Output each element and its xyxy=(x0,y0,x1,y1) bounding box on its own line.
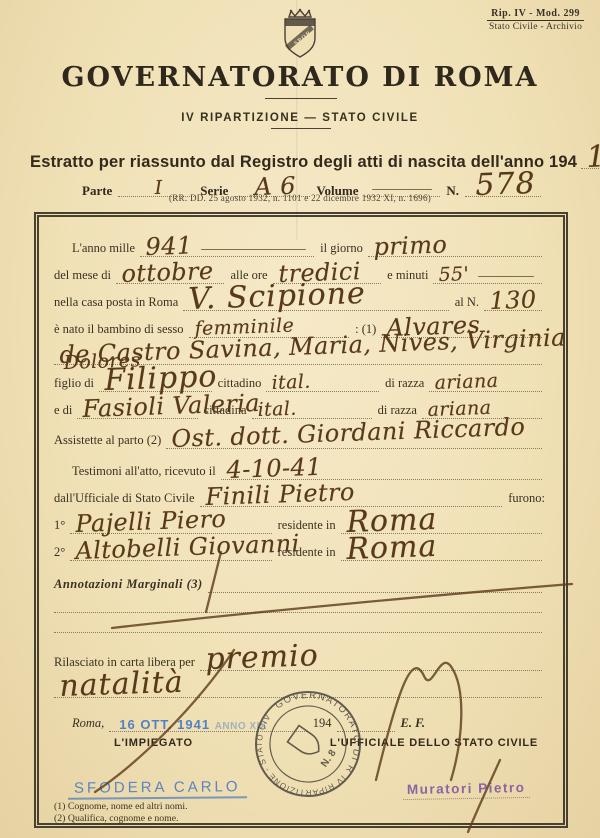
annotazioni-label: Annotazioni Marginali (3) xyxy=(54,577,206,594)
row-testimoni: Testimoni all'atto, ricevuto il 4-10-41 xyxy=(54,455,548,481)
giorno-label: il giorno xyxy=(320,241,366,258)
teste2-num: 2° xyxy=(54,545,68,562)
year-handwritten: 1 xyxy=(586,139,600,175)
archive-reference: Stato Civile - Archivio xyxy=(487,21,584,32)
mese-label: del mese di xyxy=(54,268,114,285)
subtitle-divider xyxy=(271,128,331,129)
civico-handwritten: 130 xyxy=(489,285,537,315)
anno-label: L'anno mille xyxy=(72,241,138,258)
giorno-handwritten: primo xyxy=(373,230,448,261)
row-casa: nella casa posta in Roma V. Scipione al … xyxy=(54,286,548,312)
footnote-3: (3) Limitatamente a quelle che non siano… xyxy=(54,824,548,828)
roma-label: Roma, xyxy=(72,716,107,733)
cittadina-field: ital. xyxy=(252,399,372,419)
birth-certificate-document: Rip. IV - Mod. 299 Stato Civile - Archiv… xyxy=(0,0,600,838)
pen-dash xyxy=(372,189,432,190)
residente1-field: Roma xyxy=(341,505,542,534)
annotazioni-empty-line-1 xyxy=(54,595,548,614)
row-anno: L'anno mille 941 il giorno primo xyxy=(54,232,548,258)
madre-label: e di xyxy=(54,403,75,420)
row-padre: Dolores figlio di Filippo cittadino ital… xyxy=(54,367,548,393)
date-stamp-blue: 16 OTT. 1941 ANNO XIX xyxy=(119,717,267,732)
annotazioni-field xyxy=(208,592,542,593)
stamp-center-number: N. 8 xyxy=(319,748,339,770)
department-subtitle: IV RIPARTIZIONE — STATO CIVILE xyxy=(0,112,600,124)
razza1-label: di razza xyxy=(385,376,427,393)
cittadino-handwritten: ital. xyxy=(272,371,312,394)
pen-dash xyxy=(478,276,534,277)
casa-handwritten: V. Scipione xyxy=(188,276,367,317)
pen-dash xyxy=(201,249,306,250)
ufficiale-label: dall'Ufficiale di Stato Civile xyxy=(54,491,198,508)
rilasciato-field: premio xyxy=(200,642,542,671)
anno-handwritten: 941 xyxy=(145,231,193,261)
ufficiale-field: Finili Pietro xyxy=(200,483,503,507)
testimoni-label: Testimoni all'atto, ricevuto il xyxy=(72,464,219,481)
madre-field: Fasioli Valeria xyxy=(77,395,197,419)
ef-label: E. F. xyxy=(401,716,428,733)
teste1-num: 1° xyxy=(54,518,68,535)
razza1-field: ariana xyxy=(429,372,542,392)
natalita-handwritten: natalità xyxy=(59,665,184,704)
row-annotazioni: Annotazioni Marginali (3) xyxy=(54,568,548,594)
year-dotted-line: 1 xyxy=(581,140,600,169)
residente2-handwritten: Roma xyxy=(345,529,437,567)
teste2-field: Altobelli Giovanni xyxy=(70,537,271,561)
ufficiale-name-stamp: Muratori Pietro xyxy=(403,780,530,800)
title-divider xyxy=(265,98,337,99)
civico-field: 130 xyxy=(484,287,542,311)
roma-coat-of-arms-icon: SPQR xyxy=(279,8,321,65)
ufficiale-handwritten: Finili Pietro xyxy=(205,478,355,511)
minuti-field: 55' xyxy=(433,264,542,284)
casa-label: nella casa posta in Roma xyxy=(54,295,181,312)
padre-label: figlio di xyxy=(54,376,97,393)
impiegato-name-stamp: SFODERA CARLO xyxy=(68,778,247,800)
testimoni-field: 4-10-41 xyxy=(221,456,542,480)
giorno-field: primo xyxy=(368,233,542,257)
footnote-2: (2) Qualifica, cognome e nome. xyxy=(54,813,548,825)
document-title: GOVERNATORATO DI ROMA xyxy=(0,62,600,93)
civico-label: al N. xyxy=(455,295,482,312)
annotazioni-empty-line-2 xyxy=(54,615,548,634)
nome-handwritten-3: Dolores xyxy=(63,349,141,374)
parto-field: Ost. dott. Giordani Riccardo xyxy=(166,425,542,449)
parto-label: Assistette al parto (2) xyxy=(54,433,164,450)
casa-field: V. Scipione xyxy=(183,282,448,311)
cittadina-handwritten: ital. xyxy=(257,398,297,421)
residente2-field: Roma xyxy=(341,532,542,561)
decree-note: (RR. DD. 25 agosto 1932, n. 1101 e 22 di… xyxy=(0,193,600,203)
razza1-handwritten: ariana xyxy=(435,370,500,394)
impiegato-label: L'IMPIEGATO xyxy=(114,737,193,757)
model-reference: Rip. IV - Mod. 299 xyxy=(487,8,584,21)
anno-field: 941 xyxy=(140,233,314,257)
reference-box: Rip. IV - Mod. 299 Stato Civile - Archiv… xyxy=(487,8,584,32)
row-parto: Assistette al parto (2) Ost. dott. Giord… xyxy=(54,424,548,450)
cittadino-field: ital. xyxy=(266,372,379,392)
stamp-center-shield xyxy=(288,725,325,759)
row-teste2: 2° Altobelli Giovanni residente in Roma xyxy=(54,536,548,562)
